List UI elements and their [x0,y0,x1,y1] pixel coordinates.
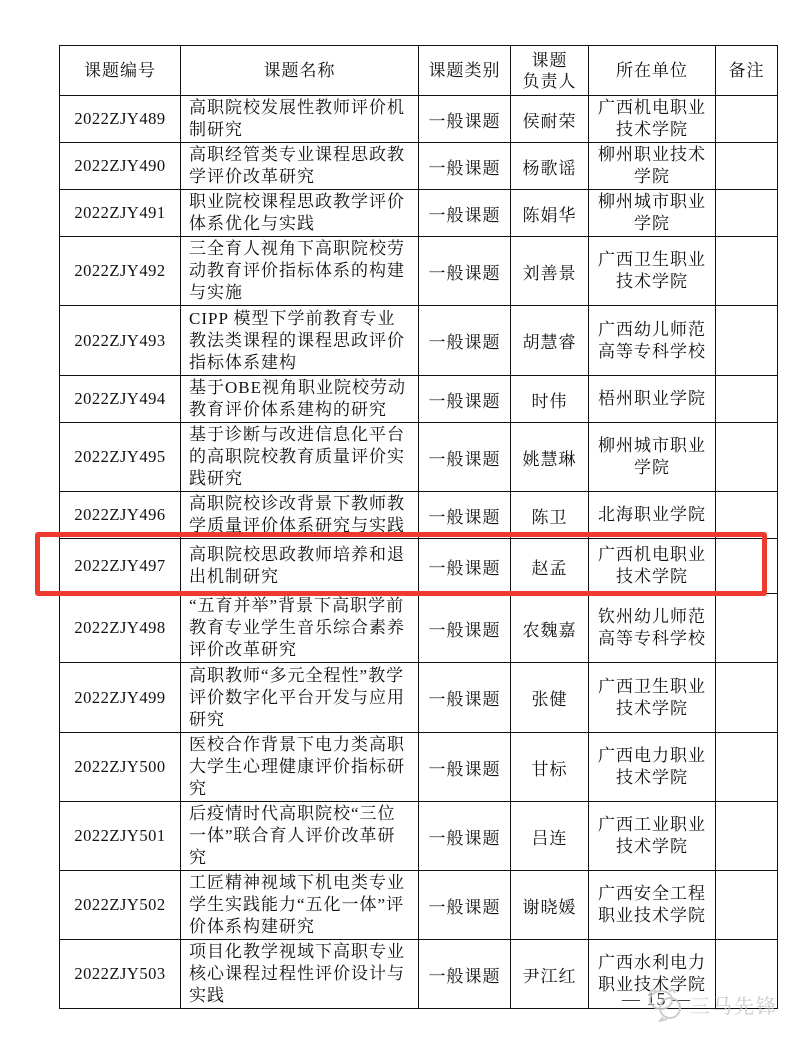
cell-project-title: 高职院校思政教师培养和退出机制研究 [181,539,419,594]
cell-project-code: 2022ZJY489 [60,96,181,143]
cell-category: 一般课题 [419,733,511,802]
cell-note [716,663,778,733]
cell-project-title: 高职院校诊改背景下教师教学质量评价体系研究与实践 [181,492,419,539]
cell-category: 一般课题 [419,376,511,423]
table-row: 2022ZJY500 医校合作背景下电力类高职大学生心理健康评价指标研究 一般课… [60,733,778,802]
cell-unit: 广西工业职业技术学院 [589,802,716,871]
cell-note [716,237,778,306]
cell-note [716,802,778,871]
cell-note [716,539,778,594]
cell-project-title: 职业院校课程思政教学评价体系优化与实践 [181,190,419,237]
cell-project-title: 高职经管类专业课程思政教学评价改革研究 [181,143,419,190]
watermark: 三马先锋 [645,986,778,1022]
cell-category: 一般课题 [419,143,511,190]
cell-unit: 梧州职业学院 [589,376,716,423]
cell-project-title: CIPP 模型下学前教育专业教法类课程的课程思政评价指标体系建构 [181,306,419,376]
column-header: 课题编号 [60,46,181,96]
cell-leader: 杨歌谣 [511,143,589,190]
cell-project-title: 三全育人视角下高职院校劳动教育评价指标体系的构建与实施 [181,237,419,306]
cell-project-code: 2022ZJY503 [60,940,181,1009]
cell-leader: 胡慧睿 [511,306,589,376]
cell-project-code: 2022ZJY502 [60,871,181,940]
cell-category: 一般课题 [419,237,511,306]
watermark-logo-icon [645,986,685,1022]
cell-project-code: 2022ZJY493 [60,306,181,376]
cell-project-title: 基于诊断与改进信息化平台的高职院校教育质量评价实践研究 [181,423,419,492]
cell-note [716,306,778,376]
cell-unit: 广西卫生职业技术学院 [589,663,716,733]
cell-project-title: 工匠精神视域下机电类专业学生实践能力“五化一体”评价体系构建研究 [181,871,419,940]
cell-note [716,871,778,940]
cell-unit: 钦州幼儿师范高等专科学校 [589,594,716,663]
table-row: 2022ZJY499 高职教师“多元全程性”教学评价数字化平台开发与应用研究 一… [60,663,778,733]
table-body: 2022ZJY489 高职院校发展性教师评价机制研究 一般课题 侯耐荣 广西机电… [60,96,778,1009]
cell-note [716,96,778,143]
table-row: 2022ZJY494 基于OBE视角职业院校劳动教育评价体系建构的研究 一般课题… [60,376,778,423]
header-row: 课题编号课题名称课题类别课题 负责人所在单位备注 [60,46,778,96]
cell-category: 一般课题 [419,306,511,376]
cell-category: 一般课题 [419,423,511,492]
cell-unit: 柳州职业技术学院 [589,143,716,190]
cell-leader: 赵孟 [511,539,589,594]
watermark-text: 三马先锋 [690,990,778,1019]
cell-leader: 陈娟华 [511,190,589,237]
cell-unit: 柳州城市职业学院 [589,190,716,237]
cell-project-title: 项目化教学视域下高职专业核心课程过程性评价设计与实践 [181,940,419,1009]
cell-leader: 姚慧琳 [511,423,589,492]
cell-leader: 尹江红 [511,940,589,1009]
cell-project-code: 2022ZJY495 [60,423,181,492]
cell-category: 一般课题 [419,871,511,940]
column-header: 课题 负责人 [511,46,589,96]
cell-unit: 广西机电职业技术学院 [589,539,716,594]
cell-project-code: 2022ZJY491 [60,190,181,237]
cell-note [716,143,778,190]
cell-unit: 广西卫生职业技术学院 [589,237,716,306]
table-header: 课题编号课题名称课题类别课题 负责人所在单位备注 [60,46,778,96]
table-row: 2022ZJY497 高职院校思政教师培养和退出机制研究 一般课题 赵孟 广西机… [60,539,778,594]
cell-unit: 广西安全工程职业技术学院 [589,871,716,940]
table-row: 2022ZJY496 高职院校诊改背景下教师教学质量评价体系研究与实践 一般课题… [60,492,778,539]
cell-project-code: 2022ZJY498 [60,594,181,663]
cell-category: 一般课题 [419,492,511,539]
cell-note [716,492,778,539]
cell-unit: 广西电力职业技术学院 [589,733,716,802]
cell-project-code: 2022ZJY492 [60,237,181,306]
cell-leader: 时伟 [511,376,589,423]
column-header: 课题名称 [181,46,419,96]
cell-project-code: 2022ZJY501 [60,802,181,871]
cell-leader: 张健 [511,663,589,733]
cell-project-code: 2022ZJY499 [60,663,181,733]
table-row: 2022ZJY498 “五育并举”背景下高职学前教育专业学生音乐综合素养评价改革… [60,594,778,663]
column-header: 课题类别 [419,46,511,96]
page: 课题编号课题名称课题类别课题 负责人所在单位备注 2022ZJY489 高职院校… [0,0,808,1043]
cell-project-title: 基于OBE视角职业院校劳动教育评价体系建构的研究 [181,376,419,423]
column-header: 备注 [716,46,778,96]
cell-project-code: 2022ZJY496 [60,492,181,539]
cell-leader: 刘善景 [511,237,589,306]
table-row: 2022ZJY491 职业院校课程思政教学评价体系优化与实践 一般课题 陈娟华 … [60,190,778,237]
table-row: 2022ZJY501 后疫情时代高职院校“三位一体”联合育人评价改革研究 一般课… [60,802,778,871]
cell-note [716,594,778,663]
cell-project-title: 高职教师“多元全程性”教学评价数字化平台开发与应用研究 [181,663,419,733]
cell-note [716,423,778,492]
cell-unit: 柳州城市职业学院 [589,423,716,492]
cell-project-code: 2022ZJY494 [60,376,181,423]
cell-category: 一般课题 [419,802,511,871]
cell-leader: 谢晓媛 [511,871,589,940]
cell-project-code: 2022ZJY490 [60,143,181,190]
cell-unit: 广西机电职业技术学院 [589,96,716,143]
projects-table: 课题编号课题名称课题类别课题 负责人所在单位备注 2022ZJY489 高职院校… [59,45,778,1009]
cell-leader: 侯耐荣 [511,96,589,143]
table-row: 2022ZJY493 CIPP 模型下学前教育专业教法类课程的课程思政评价指标体… [60,306,778,376]
cell-project-code: 2022ZJY497 [60,539,181,594]
cell-note [716,733,778,802]
cell-project-title: 高职院校发展性教师评价机制研究 [181,96,419,143]
cell-unit: 广西幼儿师范高等专科学校 [589,306,716,376]
table-row: 2022ZJY495 基于诊断与改进信息化平台的高职院校教育质量评价实践研究 一… [60,423,778,492]
cell-unit: 北海职业学院 [589,492,716,539]
cell-leader: 农魏嘉 [511,594,589,663]
cell-category: 一般课题 [419,96,511,143]
cell-category: 一般课题 [419,190,511,237]
cell-project-title: 医校合作背景下电力类高职大学生心理健康评价指标研究 [181,733,419,802]
cell-category: 一般课题 [419,940,511,1009]
cell-category: 一般课题 [419,594,511,663]
cell-category: 一般课题 [419,663,511,733]
cell-project-title: “五育并举”背景下高职学前教育专业学生音乐综合素养评价改革研究 [181,594,419,663]
table-row: 2022ZJY502 工匠精神视域下机电类专业学生实践能力“五化一体”评价体系构… [60,871,778,940]
cell-project-code: 2022ZJY500 [60,733,181,802]
cell-note [716,190,778,237]
cell-leader: 吕连 [511,802,589,871]
cell-note [716,376,778,423]
cell-category: 一般课题 [419,539,511,594]
column-header: 所在单位 [589,46,716,96]
cell-leader: 甘标 [511,733,589,802]
table-row: 2022ZJY489 高职院校发展性教师评价机制研究 一般课题 侯耐荣 广西机电… [60,96,778,143]
table-row: 2022ZJY490 高职经管类专业课程思政教学评价改革研究 一般课题 杨歌谣 … [60,143,778,190]
table-row: 2022ZJY492 三全育人视角下高职院校劳动教育评价指标体系的构建与实施 一… [60,237,778,306]
cell-leader: 陈卫 [511,492,589,539]
cell-project-title: 后疫情时代高职院校“三位一体”联合育人评价改革研究 [181,802,419,871]
